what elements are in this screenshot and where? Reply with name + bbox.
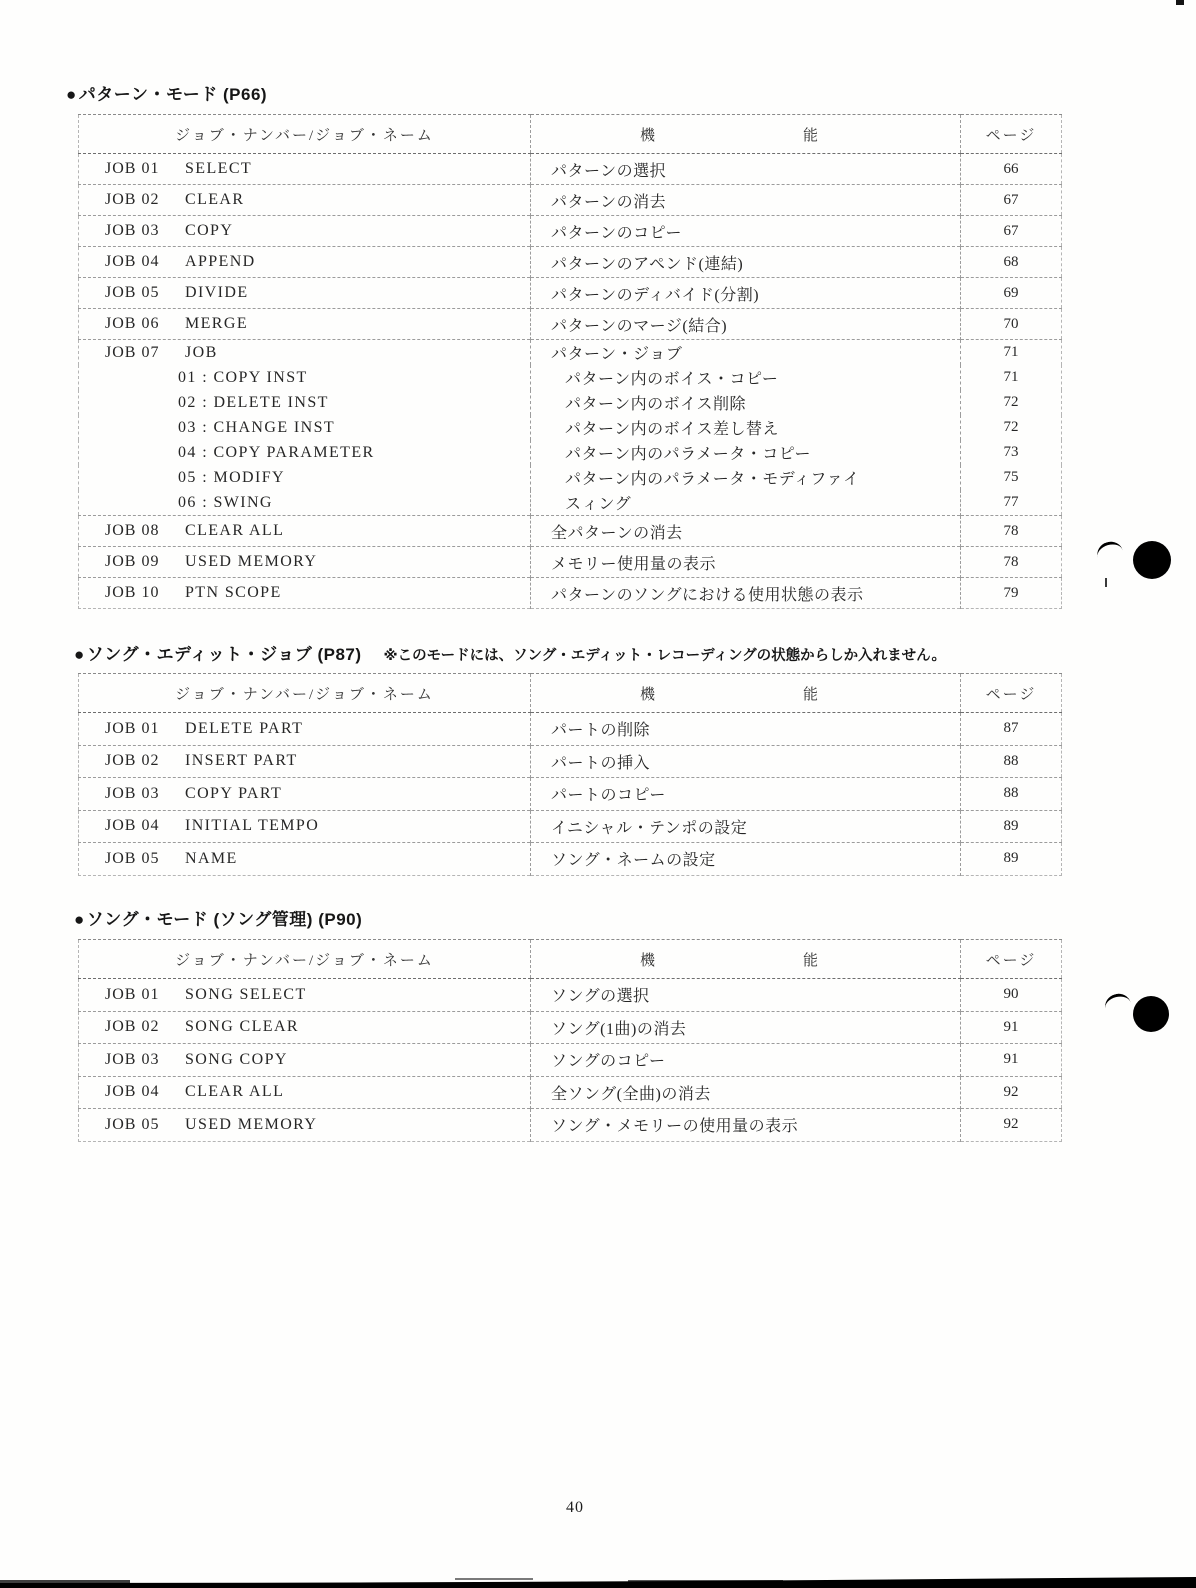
- col-header-job-number-name: ジョブ・ナンバー/ジョブ・ネーム: [79, 940, 531, 979]
- page-cell: 88: [961, 745, 1062, 778]
- table-row: JOB 02CLEARパターンの消去67: [79, 185, 1062, 216]
- page-cell: 75: [961, 465, 1062, 490]
- job-name: USED MEMORY: [185, 1116, 317, 1133]
- section-title-text: ソング・エディット・ジョブ (P87): [87, 645, 362, 664]
- song-mode-table: ジョブ・ナンバー/ジョブ・ネーム 機能 ページ JOB 01SONG SELEC…: [78, 939, 1062, 1142]
- page-cell: 70: [961, 309, 1062, 340]
- job-cell: 01 : COPY INST: [79, 365, 531, 390]
- function-cell: パターンのマージ(結合): [531, 309, 961, 340]
- job-cell: JOB 02CLEAR: [79, 185, 531, 216]
- job-cell: JOB 03COPY PART: [79, 778, 531, 811]
- table-row: JOB 02INSERT PARTパートの挿入88: [79, 745, 1062, 778]
- table-row: JOB 01DELETE PARTパートの削除87: [79, 713, 1062, 746]
- job-name: 02 : DELETE INST: [178, 394, 329, 411]
- page-cell: 69: [961, 278, 1062, 309]
- function-cell: パターン内のボイス・コピー: [531, 365, 961, 390]
- table-row: JOB 06MERGEパターンのマージ(結合)70: [79, 309, 1062, 340]
- job-number: JOB 06: [105, 315, 185, 333]
- function-cell: ソング・ネームの設定: [531, 843, 961, 876]
- job-name: SONG SELECT: [185, 986, 307, 1003]
- job-number: JOB 02: [105, 191, 185, 209]
- col-header-function: 機能: [531, 115, 961, 154]
- ink-tick-artifact: [1105, 578, 1107, 587]
- function-cell: パートの削除: [531, 713, 961, 746]
- function-cell: イニシャル・テンポの設定: [531, 810, 961, 843]
- table-row: JOB 10PTN SCOPEパターンのソングにおける使用状態の表示79: [79, 578, 1062, 609]
- ink-dot-artifact: [1133, 541, 1171, 579]
- section-note: ※このモードには、ソング・エディット・レコーディングの状態からしか入れません。: [384, 648, 946, 664]
- job-number: JOB 09: [105, 553, 185, 571]
- table-row: JOB 01SONG SELECTソングの選択90: [79, 979, 1062, 1012]
- job-name: COPY: [185, 222, 233, 239]
- table-row: 05 : MODIFYパターン内のパラメータ・モディファイ75: [79, 465, 1062, 490]
- scanned-manual-page: ●パターン・モード (P66) ジョブ・ナンバー/ジョブ・ネーム 機能 ページ …: [0, 0, 1196, 1588]
- section-title-pattern-mode: ●パターン・モード (P66): [66, 80, 267, 105]
- table-row: JOB 02SONG CLEARソング(1曲)の消去91: [79, 1011, 1062, 1044]
- table-row: JOB 03SONG COPYソングのコピー91: [79, 1044, 1062, 1077]
- job-cell: JOB 01SONG SELECT: [79, 979, 531, 1012]
- function-cell: パートの挿入: [531, 745, 961, 778]
- function-cell: ソングのコピー: [531, 1044, 961, 1077]
- job-cell: 02 : DELETE INST: [79, 390, 531, 415]
- job-number: JOB 01: [105, 720, 185, 738]
- job-cell: JOB 02SONG CLEAR: [79, 1011, 531, 1044]
- table-header-row: ジョブ・ナンバー/ジョブ・ネーム 機能 ページ: [79, 115, 1062, 154]
- job-cell: JOB 04INITIAL TEMPO: [79, 810, 531, 843]
- function-cell: パターンのアペンド(連結): [531, 247, 961, 278]
- function-cell: パターン内のパラメータ・コピー: [531, 440, 961, 465]
- function-cell: メモリー使用量の表示: [531, 547, 961, 578]
- job-number: JOB 02: [105, 1018, 185, 1036]
- col-header-function-char-1: 機: [640, 953, 655, 969]
- table-header-row: ジョブ・ナンバー/ジョブ・ネーム 機能 ページ: [79, 674, 1062, 713]
- scan-edge-artifact: [0, 1575, 1196, 1588]
- job-number: JOB 03: [105, 785, 185, 803]
- col-header-function-char-1: 機: [640, 687, 655, 703]
- job-number: JOB 07: [105, 344, 185, 362]
- job-number: JOB 04: [105, 253, 185, 271]
- col-header-page: ページ: [961, 674, 1062, 713]
- job-number: JOB 04: [105, 1083, 185, 1101]
- job-cell: JOB 01DELETE PART: [79, 713, 531, 746]
- job-cell: JOB 07JOB: [79, 340, 531, 366]
- job-number: JOB 01: [105, 160, 185, 178]
- job-name: COPY PART: [185, 785, 282, 802]
- function-cell: パターン内のパラメータ・モディファイ: [531, 465, 961, 490]
- job-name: SONG COPY: [185, 1051, 288, 1068]
- page-cell: 73: [961, 440, 1062, 465]
- job-name: SONG CLEAR: [185, 1018, 299, 1035]
- function-cell: パターンのディバイド(分割): [531, 278, 961, 309]
- table-row: JOB 09USED MEMORYメモリー使用量の表示78: [79, 547, 1062, 578]
- page-cell: 88: [961, 778, 1062, 811]
- job-cell: JOB 04CLEAR ALL: [79, 1076, 531, 1109]
- table-row: 01 : COPY INSTパターン内のボイス・コピー71: [79, 365, 1062, 390]
- table-row: JOB 03COPYパターンのコピー67: [79, 216, 1062, 247]
- function-cell: パートのコピー: [531, 778, 961, 811]
- page-cell: 87: [961, 713, 1062, 746]
- job-cell: JOB 08CLEAR ALL: [79, 516, 531, 547]
- page-cell: 68: [961, 247, 1062, 278]
- page-cell: 90: [961, 979, 1062, 1012]
- job-name: INITIAL TEMPO: [185, 817, 319, 834]
- job-cell: JOB 03COPY: [79, 216, 531, 247]
- job-cell: JOB 05USED MEMORY: [79, 1109, 531, 1142]
- job-cell: 03 : CHANGE INST: [79, 415, 531, 440]
- job-name: DELETE PART: [185, 720, 303, 737]
- song-edit-job-table: ジョブ・ナンバー/ジョブ・ネーム 機能 ページ JOB 01DELETE PAR…: [78, 673, 1062, 876]
- job-name: CLEAR ALL: [185, 522, 284, 539]
- page-cell: 78: [961, 516, 1062, 547]
- bullet-icon: ●: [66, 85, 77, 104]
- page-cell: 89: [961, 843, 1062, 876]
- job-name: CLEAR: [185, 191, 244, 208]
- page-number: 40: [0, 1499, 1150, 1517]
- function-cell: スィング: [531, 490, 961, 516]
- pattern-mode-table: ジョブ・ナンバー/ジョブ・ネーム 機能 ページ JOB 01SELECTパターン…: [78, 114, 1062, 609]
- page-cell: 72: [961, 390, 1062, 415]
- section-title-text: パターン・モード (P66): [79, 85, 267, 104]
- page-cell: 77: [961, 490, 1062, 516]
- col-header-function: 機能: [531, 674, 961, 713]
- job-number: JOB 05: [105, 284, 185, 302]
- ink-dot-artifact: [1133, 996, 1169, 1032]
- table-row: JOB 05DIVIDEパターンのディバイド(分割)69: [79, 278, 1062, 309]
- job-cell: JOB 09USED MEMORY: [79, 547, 531, 578]
- page-cell: 91: [961, 1044, 1062, 1077]
- job-name: 01 : COPY INST: [178, 369, 308, 386]
- col-header-function-char-2: 能: [803, 953, 818, 969]
- function-cell: 全ソング(全曲)の消去: [531, 1076, 961, 1109]
- function-cell: ソングの選択: [531, 979, 961, 1012]
- job-name: SELECT: [185, 160, 252, 177]
- ink-flick-artifact: [1094, 539, 1123, 561]
- job-number: JOB 01: [105, 986, 185, 1004]
- job-cell: JOB 02INSERT PART: [79, 745, 531, 778]
- table-row: JOB 05USED MEMORYソング・メモリーの使用量の表示92: [79, 1109, 1062, 1142]
- job-number: JOB 08: [105, 522, 185, 540]
- page-cell: 71: [961, 340, 1062, 366]
- job-cell: JOB 03SONG COPY: [79, 1044, 531, 1077]
- table-row: 03 : CHANGE INSTパターン内のボイス差し替え72: [79, 415, 1062, 440]
- job-name: JOB: [185, 344, 218, 361]
- page-cell: 89: [961, 810, 1062, 843]
- col-header-job-number-name: ジョブ・ナンバー/ジョブ・ネーム: [79, 115, 531, 154]
- job-name: DIVIDE: [185, 284, 249, 301]
- page-cell: 72: [961, 415, 1062, 440]
- function-cell: パターンのコピー: [531, 216, 961, 247]
- section-title-text: ソング・モード (ソング管理) (P90): [87, 910, 362, 929]
- col-header-function-char-2: 能: [803, 687, 818, 703]
- table-row: JOB 04APPENDパターンのアペンド(連結)68: [79, 247, 1062, 278]
- function-cell: パターン内のボイス削除: [531, 390, 961, 415]
- function-cell: パターンの選択: [531, 154, 961, 185]
- job-cell: 04 : COPY PARAMETER: [79, 440, 531, 465]
- page-cell: 91: [961, 1011, 1062, 1044]
- job-cell: JOB 05DIVIDE: [79, 278, 531, 309]
- job-name: CLEAR ALL: [185, 1083, 284, 1100]
- col-header-function-char-1: 機: [640, 128, 655, 144]
- col-header-job-number-name: ジョブ・ナンバー/ジョブ・ネーム: [79, 674, 531, 713]
- job-name: 03 : CHANGE INST: [178, 419, 335, 436]
- job-number: JOB 04: [105, 817, 185, 835]
- job-number: JOB 05: [105, 850, 185, 868]
- scan-speck-artifact: [1176, 0, 1184, 5]
- page-cell: 79: [961, 578, 1062, 609]
- col-header-page: ページ: [961, 115, 1062, 154]
- job-number: JOB 02: [105, 752, 185, 770]
- page-cell: 92: [961, 1076, 1062, 1109]
- section-title-song-mode: ●ソング・モード (ソング管理) (P90): [74, 905, 362, 930]
- job-name: APPEND: [185, 253, 256, 270]
- function-cell: パターンの消去: [531, 185, 961, 216]
- col-header-function: 機能: [531, 940, 961, 979]
- function-cell: 全パターンの消去: [531, 516, 961, 547]
- job-name: MERGE: [185, 315, 248, 332]
- scan-streak-artifact: [0, 1580, 130, 1583]
- function-cell: パターン内のボイス差し替え: [531, 415, 961, 440]
- table-row: JOB 08CLEAR ALL全パターンの消去78: [79, 516, 1062, 547]
- table-row: JOB 03COPY PARTパートのコピー88: [79, 778, 1062, 811]
- job-cell: JOB 01SELECT: [79, 154, 531, 185]
- job-name: 05 : MODIFY: [178, 469, 285, 486]
- job-number: JOB 05: [105, 1116, 185, 1134]
- job-name: PTN SCOPE: [185, 584, 282, 601]
- table-header-row: ジョブ・ナンバー/ジョブ・ネーム 機能 ページ: [79, 940, 1062, 979]
- page-cell: 92: [961, 1109, 1062, 1142]
- page-cell: 78: [961, 547, 1062, 578]
- job-number: JOB 03: [105, 222, 185, 240]
- job-number: JOB 03: [105, 1051, 185, 1069]
- page-cell: 67: [961, 216, 1062, 247]
- page-cell: 67: [961, 185, 1062, 216]
- table-row: JOB 04INITIAL TEMPOイニシャル・テンポの設定89: [79, 810, 1062, 843]
- job-name: 04 : COPY PARAMETER: [178, 444, 375, 461]
- job-cell: JOB 06MERGE: [79, 309, 531, 340]
- job-cell: JOB 05NAME: [79, 843, 531, 876]
- col-header-function-char-2: 能: [803, 128, 818, 144]
- ink-flick-artifact: [1103, 991, 1132, 1012]
- job-name: 06 : SWING: [178, 494, 273, 511]
- table-row: JOB 07JOBパターン・ジョブ71: [79, 340, 1062, 366]
- bullet-icon: ●: [74, 645, 85, 664]
- function-cell: ソング(1曲)の消去: [531, 1011, 961, 1044]
- table-row: 04 : COPY PARAMETERパターン内のパラメータ・コピー73: [79, 440, 1062, 465]
- table-row: 02 : DELETE INSTパターン内のボイス削除72: [79, 390, 1062, 415]
- page-cell: 66: [961, 154, 1062, 185]
- bullet-icon: ●: [74, 910, 85, 929]
- scan-streak-artifact: [455, 1578, 533, 1580]
- function-cell: パターン・ジョブ: [531, 340, 961, 366]
- job-number: JOB 10: [105, 584, 185, 602]
- section-title-song-edit-job: ●ソング・エディット・ジョブ (P87)※このモードには、ソング・エディット・レ…: [74, 640, 946, 665]
- job-name: USED MEMORY: [185, 553, 317, 570]
- job-cell: 05 : MODIFY: [79, 465, 531, 490]
- col-header-page: ページ: [961, 940, 1062, 979]
- job-cell: JOB 10PTN SCOPE: [79, 578, 531, 609]
- job-name: INSERT PART: [185, 752, 298, 769]
- job-cell: JOB 04APPEND: [79, 247, 531, 278]
- function-cell: ソング・メモリーの使用量の表示: [531, 1109, 961, 1142]
- job-cell: 06 : SWING: [79, 490, 531, 516]
- table-row: 06 : SWINGスィング77: [79, 490, 1062, 516]
- table-row: JOB 01SELECTパターンの選択66: [79, 154, 1062, 185]
- page-cell: 71: [961, 365, 1062, 390]
- table-row: JOB 04CLEAR ALL全ソング(全曲)の消去92: [79, 1076, 1062, 1109]
- job-name: NAME: [185, 850, 238, 867]
- table-row: JOB 05NAMEソング・ネームの設定89: [79, 843, 1062, 876]
- function-cell: パターンのソングにおける使用状態の表示: [531, 578, 961, 609]
